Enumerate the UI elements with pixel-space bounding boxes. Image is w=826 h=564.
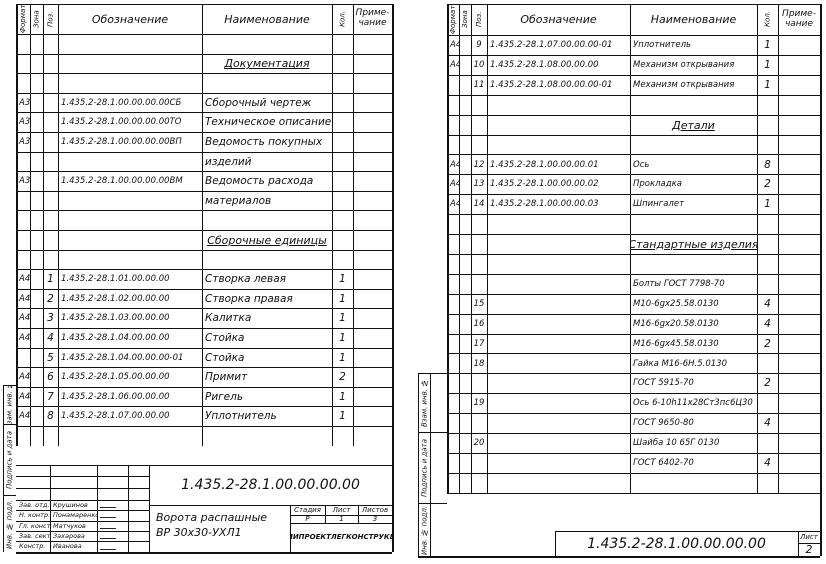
row-format — [447, 474, 459, 493]
row-pos-text: 11 — [474, 81, 485, 90]
row-qty: 4 — [757, 295, 778, 314]
row-qty-text: 4 — [764, 319, 771, 330]
grid-line — [447, 493, 820, 494]
row-designation — [487, 335, 630, 354]
row-name: Шайба 10 65Г 0130 — [630, 434, 757, 453]
row-name: Гайка М16-6Н.5.0130 — [630, 354, 757, 373]
row-pos-text: 20 — [474, 439, 485, 448]
row-format — [447, 235, 459, 254]
row-format — [447, 275, 459, 294]
row-pos: 20 — [471, 434, 487, 453]
row-pos-text: 19 — [474, 399, 485, 408]
row-format — [447, 76, 459, 95]
row-name: Механизм открывания — [630, 76, 757, 95]
document-code-text: 1.435.2-28.1.00.00.00.00 — [587, 537, 766, 551]
row-name: Ось — [630, 155, 757, 174]
row-designation-text: 1.435.2-28.1.07.00.00.00-01 — [490, 41, 612, 50]
row-designation — [487, 116, 630, 135]
row-qty — [757, 215, 778, 234]
row-name-text: Шайба 10 65Г 0130 — [633, 439, 719, 448]
row-name: Уплотнитель — [630, 36, 757, 55]
row-qty: 4 — [757, 454, 778, 473]
row-pos-text: 13 — [474, 180, 485, 189]
row-qty-text: 1 — [764, 80, 771, 91]
row-designation — [487, 315, 630, 334]
row-name-text: Уплотнитель — [633, 41, 691, 50]
row-qty-text: 2 — [764, 339, 771, 350]
row-name-text: ГОСТ 5915-70 — [633, 379, 694, 388]
row-qty: 2 — [757, 335, 778, 354]
row-designation — [487, 136, 630, 155]
row-pos: 16 — [471, 315, 487, 334]
row-name-text: Ось — [633, 161, 649, 170]
row-qty: 2 — [757, 175, 778, 194]
row-name-text: Механизм открывания — [633, 81, 734, 90]
row-qty-text: 4 — [764, 458, 771, 469]
row-name — [630, 215, 757, 234]
row-qty-text: 1 — [764, 199, 771, 210]
row-name: Шпингалет — [630, 195, 757, 214]
row-name-text: М16-6gх20.58.0130 — [633, 320, 719, 329]
side-label-replaced-inv: Взам. инв. № — [419, 374, 430, 432]
row-pos — [471, 275, 487, 294]
row-format — [447, 434, 459, 453]
row-name: ГОСТ 6402-70 — [630, 454, 757, 473]
row-designation — [487, 374, 630, 393]
row-qty: 4 — [757, 414, 778, 433]
row-format: А4 — [447, 36, 459, 55]
row-format: А4 — [447, 195, 459, 214]
row-pos — [471, 374, 487, 393]
right-sheet: ФорматЗонаПоз.ОбозначениеНаименованиеКол… — [0, 0, 826, 564]
row-format — [447, 295, 459, 314]
row-designation-text: 1.435.2-28.1.08.00.00.00 — [490, 61, 599, 70]
row-pos-text: 10 — [474, 61, 485, 70]
sheet-label: Лист — [798, 531, 820, 543]
row-pos: 19 — [471, 394, 487, 413]
row-pos — [471, 255, 487, 274]
row-qty-text: 4 — [764, 418, 771, 429]
row-designation — [487, 96, 630, 115]
row-pos-text: 14 — [474, 200, 485, 209]
header-pos: Поз. — [471, 4, 487, 35]
row-designation — [487, 414, 630, 433]
row-name: ГОСТ 9650-80 — [630, 414, 757, 433]
row-designation — [487, 474, 630, 493]
row-designation-text: 1.435.2-28.1.00.00.00.01 — [490, 161, 599, 170]
section-heading-text: Детали — [672, 120, 715, 131]
grid-line — [447, 556, 820, 558]
row-name-text: ГОСТ 9650-80 — [633, 419, 694, 428]
row-name-text: Гайка М16-6Н.5.0130 — [633, 360, 727, 369]
sheet-value: 2 — [798, 543, 820, 556]
header-format: Формат — [447, 4, 459, 35]
row-pos: 15 — [471, 295, 487, 314]
row-name — [630, 255, 757, 274]
row-qty: 8 — [757, 155, 778, 174]
sheet-label-text: Лист — [800, 534, 818, 541]
header-zone: Зона — [459, 4, 471, 35]
row-designation — [487, 394, 630, 413]
row-name-text: М16-6gх45.58.0130 — [633, 340, 719, 349]
row-pos — [471, 136, 487, 155]
row-format — [447, 394, 459, 413]
row-name — [630, 136, 757, 155]
row-name — [630, 474, 757, 493]
row-qty-text: 2 — [764, 179, 771, 190]
row-designation — [487, 215, 630, 234]
row-name: М16-6gх20.58.0130 — [630, 315, 757, 334]
row-qty — [757, 354, 778, 373]
grid-line — [778, 4, 779, 493]
header-note-line2: чание — [785, 20, 813, 30]
row-qty-text: 8 — [764, 160, 771, 171]
row-designation: 1.435.2-28.1.08.00.00.00-01 — [487, 76, 630, 95]
row-designation — [487, 295, 630, 314]
section-heading: Стандартные изделия — [630, 235, 757, 254]
row-designation: 1.435.2-28.1.08.00.00.00 — [487, 56, 630, 75]
row-qty — [757, 136, 778, 155]
section-heading-text: Стандартные изделия — [630, 239, 757, 250]
row-designation-text: 1.435.2-28.1.00.00.00.02 — [490, 180, 599, 189]
row-name: М10-6gх25.58.0130 — [630, 295, 757, 314]
row-format — [447, 454, 459, 473]
row-designation: 1.435.2-28.1.07.00.00.00-01 — [487, 36, 630, 55]
row-qty — [757, 255, 778, 274]
row-qty: 2 — [757, 374, 778, 393]
row-name: Прокладка — [630, 175, 757, 194]
grid-line — [820, 4, 822, 556]
row-name-text: ГОСТ 6402-70 — [633, 459, 694, 468]
row-format — [447, 414, 459, 433]
section-heading: Детали — [630, 116, 757, 135]
row-qty-text: 2 — [764, 378, 771, 389]
row-qty — [757, 434, 778, 453]
row-format: А4 — [447, 155, 459, 174]
header-note: Приме-чание — [778, 4, 820, 35]
row-qty-text: 4 — [764, 299, 771, 310]
row-name: Ось 6-10h11х28Ст3пс6Ц30 — [630, 394, 757, 413]
row-name: Болты ГОСТ 7798-70 — [630, 275, 757, 294]
row-format — [447, 136, 459, 155]
row-designation-text: 1.435.2-28.1.00.00.00.03 — [490, 200, 599, 209]
row-qty: 1 — [757, 36, 778, 55]
row-pos: 12 — [471, 155, 487, 174]
row-pos: 17 — [471, 335, 487, 354]
row-name: М16-6gх45.58.0130 — [630, 335, 757, 354]
row-pos — [471, 96, 487, 115]
row-pos — [471, 474, 487, 493]
side-label-signature-date: Подпись и дата — [419, 433, 430, 503]
row-designation — [487, 434, 630, 453]
row-pos: 9 — [471, 36, 487, 55]
row-pos-text: 9 — [476, 41, 481, 50]
sheet-value-text: 2 — [806, 544, 813, 555]
row-name-text: Прокладка — [633, 180, 682, 189]
row-pos — [471, 116, 487, 135]
row-format-text: А4 — [450, 161, 459, 170]
row-qty: 1 — [757, 76, 778, 95]
row-format-text: А4 — [450, 61, 459, 70]
row-designation — [487, 235, 630, 254]
row-pos: 11 — [471, 76, 487, 95]
row-name — [630, 96, 757, 115]
row-designation — [487, 275, 630, 294]
row-name: ГОСТ 5915-70 — [630, 374, 757, 393]
row-designation — [487, 354, 630, 373]
row-qty — [757, 275, 778, 294]
row-name-text: Механизм открывания — [633, 61, 734, 70]
grid-line — [430, 373, 431, 556]
row-qty: 1 — [757, 195, 778, 214]
row-format: А4 — [447, 56, 459, 75]
grid-line — [459, 4, 460, 493]
row-name-text: Ось 6-10h11х28Ст3пс6Ц30 — [633, 399, 753, 408]
row-name-text: Шпингалет — [633, 200, 684, 209]
row-format — [447, 96, 459, 115]
row-designation — [487, 255, 630, 274]
row-pos-text: 15 — [474, 300, 485, 309]
document-code: 1.435.2-28.1.00.00.00.00 — [555, 531, 798, 556]
row-pos-text: 18 — [474, 360, 485, 369]
header-designation-text: Обозначение — [520, 14, 596, 25]
row-pos-text: 17 — [474, 340, 485, 349]
row-qty — [757, 116, 778, 135]
row-pos-text: 12 — [474, 161, 485, 170]
row-format — [447, 315, 459, 334]
row-pos — [471, 235, 487, 254]
row-pos-text: 16 — [474, 320, 485, 329]
header-name-text: Наименование — [651, 14, 736, 25]
row-format: А4 — [447, 175, 459, 194]
side-label-inv-number: Инв. № подл. — [419, 504, 430, 556]
row-designation: 1.435.2-28.1.00.00.00.03 — [487, 195, 630, 214]
row-qty-text: 1 — [764, 60, 771, 71]
row-designation — [487, 454, 630, 473]
row-format — [447, 215, 459, 234]
row-qty — [757, 394, 778, 413]
row-format-text: А4 — [450, 180, 459, 189]
row-format — [447, 116, 459, 135]
row-format-text: А4 — [450, 41, 459, 50]
row-pos — [471, 215, 487, 234]
header-name: Наименование — [630, 4, 757, 35]
row-format — [447, 374, 459, 393]
row-name-text: Болты ГОСТ 7798-70 — [633, 280, 725, 289]
row-pos — [471, 414, 487, 433]
row-qty: 4 — [757, 315, 778, 334]
row-designation: 1.435.2-28.1.00.00.00.01 — [487, 155, 630, 174]
row-pos: 18 — [471, 354, 487, 373]
row-pos: 13 — [471, 175, 487, 194]
row-pos: 14 — [471, 195, 487, 214]
row-designation-text: 1.435.2-28.1.08.00.00.00-01 — [490, 81, 612, 90]
row-name: Механизм открывания — [630, 56, 757, 75]
row-qty — [757, 96, 778, 115]
row-designation: 1.435.2-28.1.00.00.00.02 — [487, 175, 630, 194]
grid-line — [418, 556, 447, 558]
row-pos: 10 — [471, 56, 487, 75]
row-name-text: М10-6gх25.58.0130 — [633, 300, 719, 309]
row-pos — [471, 454, 487, 473]
row-format — [447, 335, 459, 354]
row-qty-text: 1 — [764, 40, 771, 51]
row-format — [447, 354, 459, 373]
row-qty — [757, 235, 778, 254]
row-qty — [757, 474, 778, 493]
row-format — [447, 255, 459, 274]
row-qty: 1 — [757, 56, 778, 75]
row-format-text: А4 — [450, 200, 459, 209]
header-qty: Кол. — [757, 4, 778, 35]
header-designation: Обозначение — [487, 4, 630, 35]
